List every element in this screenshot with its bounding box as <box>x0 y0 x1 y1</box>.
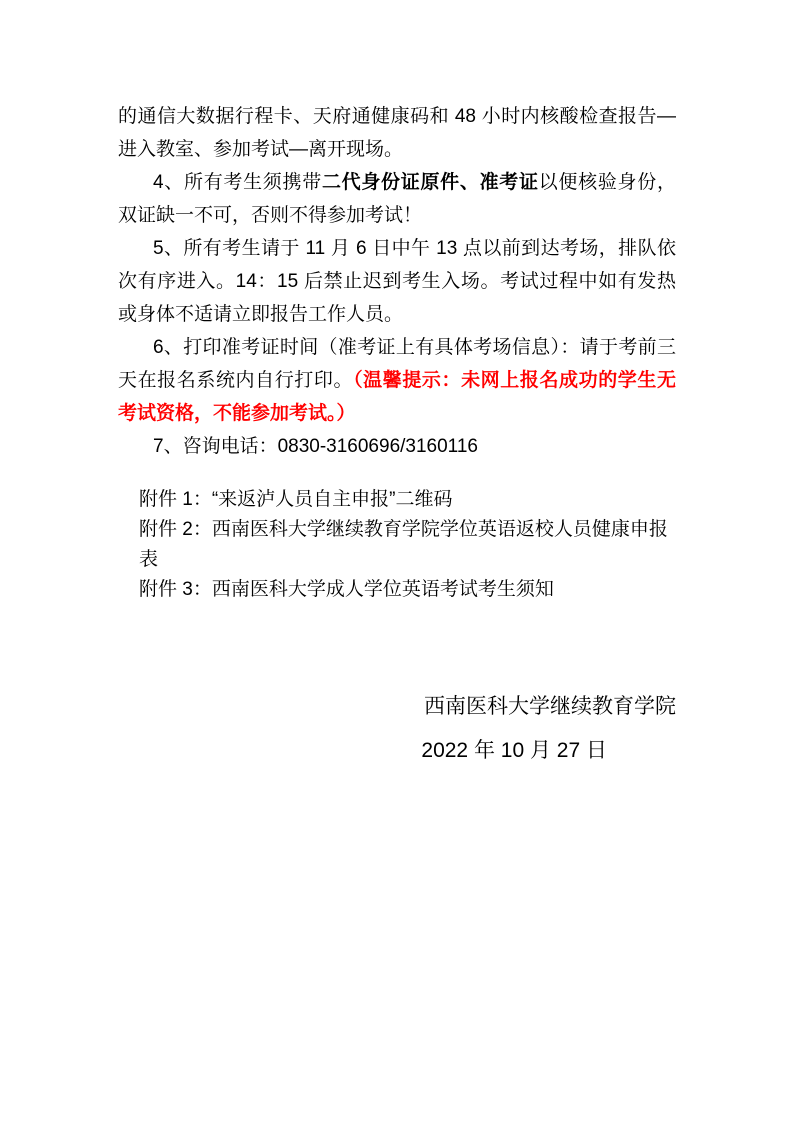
paragraph-item-7: 7、咨询电话：0830-3160696/3160116 <box>118 430 676 463</box>
text-run: 7、咨询电话：0830-3160696/3160116 <box>153 436 478 457</box>
attachments-list: 附件 1：“来返泸人员自主申报”二维码 附件 2：西南医科大学继续教育学院学位英… <box>118 485 676 605</box>
signature-organization: 西南医科大学继续教育学院 <box>118 690 676 723</box>
text-run: 4、所有考生须携带 <box>153 172 322 193</box>
attachment-item-1: 附件 1：“来返泸人员自主申报”二维码 <box>139 485 676 515</box>
signature-block: 西南医科大学继续教育学院 2022 年 10 月 27 日 <box>118 690 676 767</box>
signature-date: 2022 年 10 月 27 日 <box>118 734 676 767</box>
paragraph-item-5: 5、所有考生请于 11 月 6 日中午 13 点以前到达考场，排队依次有序进入。… <box>118 232 676 331</box>
text-run-bold: 二代身份证原件、准考证 <box>322 172 539 193</box>
document-page: 的通信大数据行程卡、天府通健康码和 48 小时内核酸检查报告—进入教室、参加考试… <box>0 0 793 1122</box>
text-run: 的通信大数据行程卡、天府通健康码和 48 小时内核酸检查报告—进入教室、参加考试… <box>118 106 676 160</box>
attachment-item-3: 附件 3：西南医科大学成人学位英语考试考生须知 <box>139 575 676 605</box>
paragraph-item-4: 4、所有考生须携带二代身份证原件、准考证以便核验身份，双证缺一不可，否则不得参加… <box>118 166 676 232</box>
document-content: 的通信大数据行程卡、天府通健康码和 48 小时内核酸检查报告—进入教室、参加考试… <box>118 100 676 767</box>
paragraph-continuation: 的通信大数据行程卡、天府通健康码和 48 小时内核酸检查报告—进入教室、参加考试… <box>118 100 676 166</box>
attachment-item-2: 附件 2：西南医科大学继续教育学院学位英语返校人员健康申报表 <box>139 515 676 575</box>
paragraph-item-6: 6、打印准考证时间（准考证上有具体考场信息）：请于考前三天在报名系统内自行打印。… <box>118 331 676 430</box>
text-run: 5、所有考生请于 11 月 6 日中午 13 点以前到达考场，排队依次有序进入。… <box>118 238 676 325</box>
